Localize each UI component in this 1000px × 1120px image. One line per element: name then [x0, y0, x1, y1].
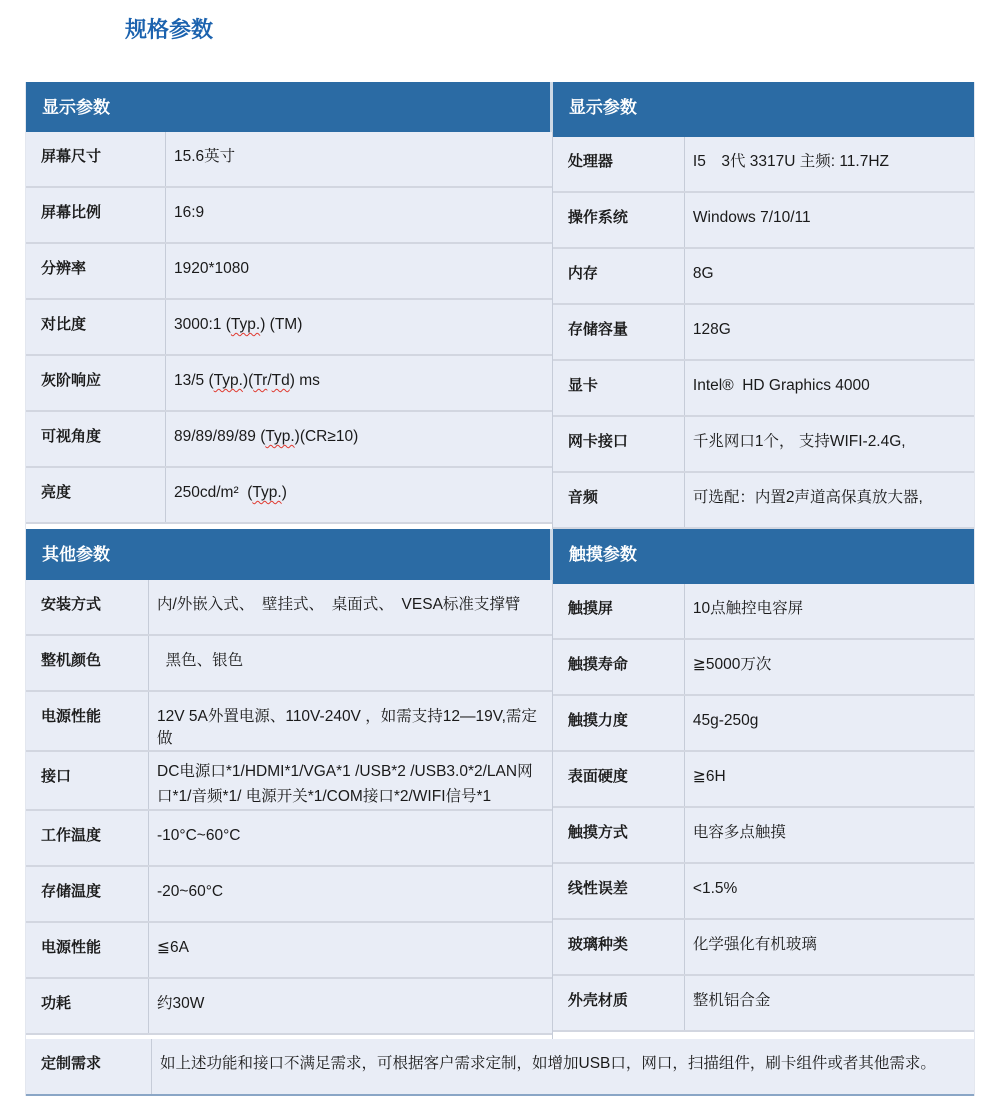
spec-value: 整机铝合金: [685, 976, 974, 1030]
value-text: ) ms: [290, 372, 320, 389]
spec-value: 3000:1 (Typ.) (TM): [166, 300, 552, 354]
section-rows: 屏幕尺寸15.6英寸屏幕比例16:9分辨率1920*1080对比度3000:1 …: [26, 132, 553, 529]
spec-row: 接口DC电源口*1/HDMI*1/VGA*1 /USB*2 /USB3.0*2/…: [26, 752, 552, 811]
spec-label: 灰阶响应: [26, 356, 166, 410]
spec-label: 触摸力度: [553, 696, 685, 750]
spec-row: 屏幕尺寸15.6英寸: [26, 132, 552, 188]
spec-row: 功耗约30W: [26, 979, 552, 1035]
spec-value: 128G: [685, 305, 974, 359]
spellcheck-marked-text: Td: [272, 372, 290, 389]
spec-value: I5 3代 3317U 主频: 11.7HZ: [685, 137, 974, 191]
value-text: ) (TM): [260, 316, 302, 333]
spec-value: Windows 7/10/11: [685, 193, 974, 247]
spec-row: 玻璃种类化学强化有机玻璃: [553, 920, 974, 976]
spec-value: 45g-250g: [685, 696, 974, 750]
spellcheck-marked-text: Typ.: [214, 372, 243, 389]
spec-value: -10°C~60°C: [149, 811, 552, 865]
spec-label: 对比度: [26, 300, 166, 354]
value-text: 13/5 (: [174, 372, 214, 389]
spec-label: 亮度: [26, 468, 166, 522]
spec-row: 屏幕比例16:9: [26, 188, 552, 244]
spec-value: <1.5%: [685, 864, 974, 918]
spec-row: 工作温度-10°C~60°C: [26, 811, 552, 867]
section-band: 显示参数屏幕尺寸15.6英寸屏幕比例16:9分辨率1920*1080对比度300…: [26, 82, 974, 529]
spec-label: 整机颜色: [26, 636, 149, 690]
spec-label: 操作系统: [553, 193, 685, 247]
section-header: 显示参数: [26, 82, 553, 132]
spec-value: ≧6H: [685, 752, 974, 806]
value-text: )(CR≥10): [295, 428, 359, 445]
spec-value: 89/89/89/89 (Typ.)(CR≥10): [166, 412, 552, 466]
spec-value: 千兆网口1个， 支持WIFI-2.4G,: [685, 417, 974, 471]
spec-label: 定制需求: [26, 1039, 152, 1094]
spec-label: 线性误差: [553, 864, 685, 918]
spellcheck-marked-text: Typ.: [231, 316, 260, 333]
section-half-left: 其他参数安装方式内/外嵌入式、 壁挂式、 桌面式、 VESA标准支撑臂整机颜色 …: [26, 529, 553, 1039]
spec-label: 表面硬度: [553, 752, 685, 806]
value-text: 250cd/m² (: [174, 484, 252, 501]
spec-value: 16:9: [166, 188, 552, 242]
spec-value: ≦6A: [149, 923, 552, 977]
spec-row: 线性误差<1.5%: [553, 864, 974, 920]
spec-value: 可选配：内置2声道高保真放大器,: [685, 473, 974, 527]
section-half-right: 触摸参数触摸屏10点触控电容屏触摸寿命≧5000万次触摸力度45g-250g表面…: [553, 529, 974, 1039]
spec-value: 13/5 (Typ.)(Tr/Td) ms: [166, 356, 552, 410]
spec-value: 15.6英寸: [166, 132, 552, 186]
spec-label: 电源性能: [26, 923, 149, 977]
spec-label: 屏幕尺寸: [26, 132, 166, 186]
spec-row: 存储容量128G: [553, 305, 974, 361]
spec-value: 化学强化有机玻璃: [685, 920, 974, 974]
spec-row: 对比度3000:1 (Typ.) (TM): [26, 300, 552, 356]
spec-row: 内存8G: [553, 249, 974, 305]
value-text: )(: [243, 372, 253, 389]
section-half-left: 显示参数屏幕尺寸15.6英寸屏幕比例16:9分辨率1920*1080对比度300…: [26, 82, 553, 529]
spec-row-custom-needs: 定制需求如上述功能和接口不满足需求，可根据客户需求定制，如增加USB口，网口，扫…: [26, 1039, 974, 1096]
spec-row: 安装方式内/外嵌入式、 壁挂式、 桌面式、 VESA标准支撑臂: [26, 580, 552, 636]
spec-label: 音频: [553, 473, 685, 527]
spec-label: 玻璃种类: [553, 920, 685, 974]
spec-label: 显卡: [553, 361, 685, 415]
section-header: 其他参数: [26, 529, 553, 580]
spec-value: ≧5000万次: [685, 640, 974, 694]
spec-label: 接口: [26, 752, 149, 809]
spec-row: 分辨率1920*1080: [26, 244, 552, 300]
spec-row: 外壳材质整机铝合金: [553, 976, 974, 1032]
spec-value: 8G: [685, 249, 974, 303]
section-rows: 触摸屏10点触控电容屏触摸寿命≧5000万次触摸力度45g-250g表面硬度≧6…: [553, 584, 974, 1032]
spellcheck-marked-text: Tr: [253, 372, 267, 389]
spec-value: 10点触控电容屏: [685, 584, 974, 638]
spec-value: Intel® HD Graphics 4000: [685, 361, 974, 415]
spellcheck-marked-text: Typ.: [252, 484, 281, 501]
spec-label: 存储温度: [26, 867, 149, 921]
spec-label: 网卡接口: [553, 417, 685, 471]
section-rows: 处理器I5 3代 3317U 主频: 11.7HZ操作系统Windows 7/1…: [553, 137, 974, 529]
spec-label: 工作温度: [26, 811, 149, 865]
spec-row: 电源性能≦6A: [26, 923, 552, 979]
spec-label: 功耗: [26, 979, 149, 1033]
spec-label: 触摸屏: [553, 584, 685, 638]
spec-label: 处理器: [553, 137, 685, 191]
spec-row: 处理器I5 3代 3317U 主频: 11.7HZ: [553, 137, 974, 193]
spec-row: 触摸寿命≧5000万次: [553, 640, 974, 696]
value-text: ): [282, 484, 287, 501]
spec-value: 电容多点触摸: [685, 808, 974, 862]
spec-row: 网卡接口千兆网口1个， 支持WIFI-2.4G,: [553, 417, 974, 473]
spec-label: 触摸寿命: [553, 640, 685, 694]
spec-row: 操作系统Windows 7/10/11: [553, 193, 974, 249]
spec-row: 触摸方式电容多点触摸: [553, 808, 974, 864]
spec-value: DC电源口*1/HDMI*1/VGA*1 /USB*2 /USB3.0*2/LA…: [149, 752, 552, 809]
spec-label: 可视角度: [26, 412, 166, 466]
spec-row: 触摸屏10点触控电容屏: [553, 584, 974, 640]
spec-row: 可视角度89/89/89/89 (Typ.)(CR≥10): [26, 412, 552, 468]
spec-row: 音频可选配：内置2声道高保真放大器,: [553, 473, 974, 529]
value-text: 3000:1 (: [174, 316, 231, 333]
spec-label: 电源性能: [26, 692, 149, 750]
spec-label: 外壳材质: [553, 976, 685, 1030]
spec-table: 显示参数屏幕尺寸15.6英寸屏幕比例16:9分辨率1920*1080对比度300…: [25, 82, 975, 1096]
spec-row: 表面硬度≧6H: [553, 752, 974, 808]
value-text: 89/89/89/89 (: [174, 428, 265, 445]
spec-value: 约30W: [149, 979, 552, 1033]
spec-value: 250cd/m² (Typ.): [166, 468, 552, 522]
spec-value: -20~60°C: [149, 867, 552, 921]
spec-label: 存储容量: [553, 305, 685, 359]
section-band: 其他参数安装方式内/外嵌入式、 壁挂式、 桌面式、 VESA标准支撑臂整机颜色 …: [26, 529, 974, 1039]
spec-label: 分辨率: [26, 244, 166, 298]
spec-label: 内存: [553, 249, 685, 303]
spec-value: 如上述功能和接口不满足需求，可根据客户需求定制，如增加USB口，网口，扫描组件，…: [152, 1039, 974, 1094]
spec-row: 触摸力度45g-250g: [553, 696, 974, 752]
spec-value: 黑色、银色: [149, 636, 552, 690]
section-rows: 安装方式内/外嵌入式、 壁挂式、 桌面式、 VESA标准支撑臂整机颜色 黑色、银…: [26, 580, 553, 1039]
spec-label: 触摸方式: [553, 808, 685, 862]
section-header: 显示参数: [553, 82, 974, 137]
spec-value: 1920*1080: [166, 244, 552, 298]
spellcheck-marked-text: Typ.: [265, 428, 294, 445]
spec-value: 内/外嵌入式、 壁挂式、 桌面式、 VESA标准支撑臂: [149, 580, 552, 634]
spec-row: 亮度250cd/m² (Typ.): [26, 468, 552, 524]
spec-row: 显卡Intel® HD Graphics 4000: [553, 361, 974, 417]
spec-value: 12V 5A外置电源、110V-240V ，如需支持12—19V,需定做: [149, 692, 552, 750]
spec-row: 整机颜色 黑色、银色: [26, 636, 552, 692]
section-half-right: 显示参数处理器I5 3代 3317U 主频: 11.7HZ操作系统Windows…: [553, 82, 974, 529]
spec-row: 存储温度-20~60°C: [26, 867, 552, 923]
spec-label: 屏幕比例: [26, 188, 166, 242]
spec-row: 灰阶响应13/5 (Typ.)(Tr/Td) ms: [26, 356, 552, 412]
section-header: 触摸参数: [553, 529, 974, 584]
spec-label: 安装方式: [26, 580, 149, 634]
page-title: 规格参数: [125, 16, 1000, 44]
spec-row: 电源性能12V 5A外置电源、110V-240V ，如需支持12—19V,需定做: [26, 692, 552, 752]
